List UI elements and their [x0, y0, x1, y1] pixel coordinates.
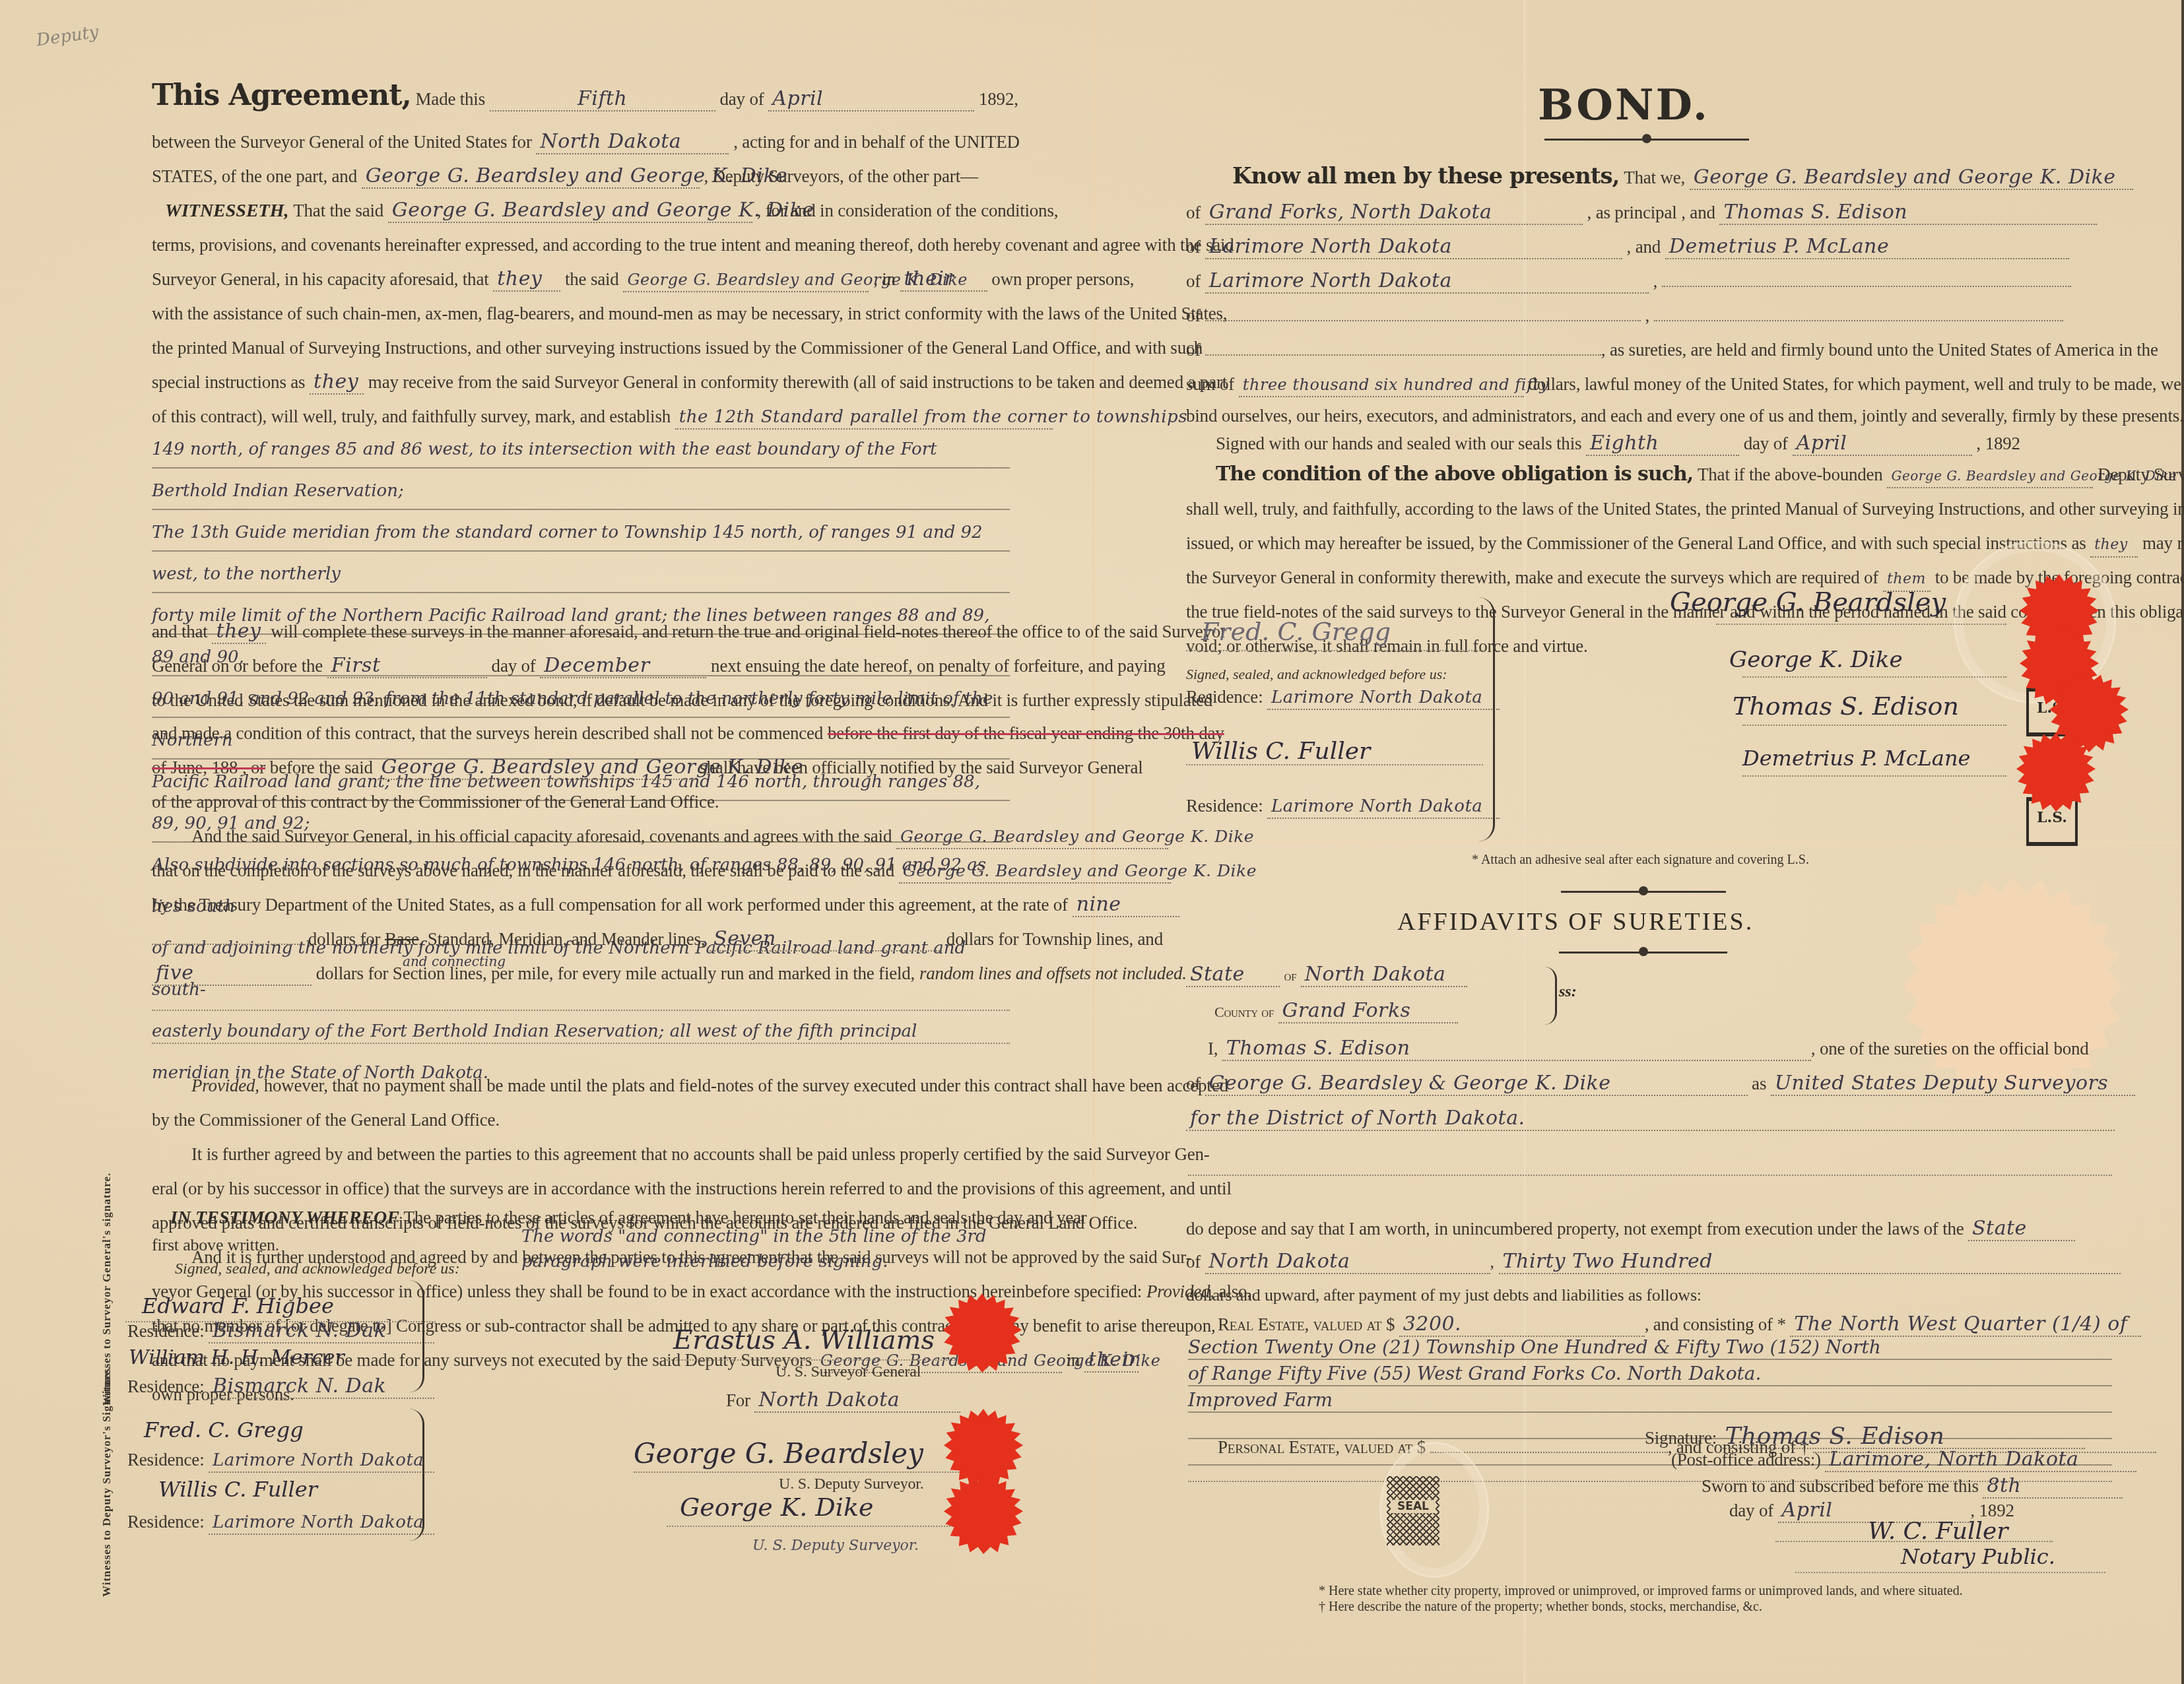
text: dollars, lawful money of the United Stat… [1529, 374, 2181, 394]
text: the Surveyor General in conformity there… [1186, 567, 1878, 587]
blank-rule [1188, 1175, 2112, 1176]
text: day of [492, 656, 536, 676]
residence-row: Residence: Bismarck N. Dak [127, 1320, 434, 1344]
residence-value: Larimore North Dakota [209, 1511, 434, 1535]
text: may receive from the said Surveyor Gener… [368, 372, 1227, 392]
brace [1544, 967, 1557, 1025]
text: day of [1729, 1501, 1773, 1520]
signature-line [1742, 725, 2006, 726]
venue-county-row: County of Grand Forks [1214, 1000, 1458, 1023]
agreement-line-2: between the Surveyor General of the Unit… [152, 131, 1010, 154]
county-label: County of [1214, 1004, 1274, 1020]
parties-field-6: George G. Beardsley and George K. Dike [899, 860, 1171, 884]
struck-text-2: of June, 188 , or [152, 758, 265, 777]
principal-residence-field: Grand Forks, North Dakota [1205, 201, 1583, 225]
bond-line-8: bind ourselves, our heirs, executors, an… [1186, 405, 2090, 427]
deputy-signature-1: George G. Beardsley [634, 1437, 923, 1470]
condition-heading: The condition of the above obligation is… [1216, 463, 1693, 486]
pay-line-2: that on the completion of the surveys ab… [152, 859, 1010, 884]
text: between the Surveyor General of the Unit… [152, 132, 532, 152]
agreement-line-6: Surveyor General, in his capacity afores… [152, 268, 1010, 292]
real-estate-desc-line: The North West Quarter (1/4) of [1790, 1313, 2141, 1337]
text: , for and in consideration of the condit… [757, 201, 1059, 220]
laws-of-field: State [1968, 1217, 2075, 1241]
text: , acting for and in behalf of the UNITED [733, 132, 1020, 152]
text: That if the above-bounden [1698, 465, 1883, 484]
agreement-line-10: of this contract), will well, truly, and… [152, 405, 1010, 430]
text: of [1186, 306, 1201, 325]
for-label: For [726, 1390, 750, 1410]
brace [409, 1280, 424, 1392]
text: issued, or which may hereafter be issued… [1186, 533, 2086, 553]
surety-1-field: Thomas S. Edison [1719, 201, 2097, 225]
residence-row: Residence: Larimore North Dakota [127, 1449, 434, 1473]
district-field: for the District of North Dakota. [1186, 1107, 2115, 1131]
rate-section-field: five [152, 962, 312, 986]
due-day-field: First [327, 655, 487, 678]
text: in [1067, 1350, 1080, 1370]
venue-state-field: North Dakota [1301, 963, 1467, 987]
survey-description-line: 149 north, of ranges 85 and 86 west, to … [152, 429, 1010, 512]
signature-line [1186, 650, 1483, 651]
agreement-line-3: STATES, of the one part, and George G. B… [152, 165, 1010, 189]
blank-rule [152, 1010, 1010, 1011]
deputy-title: U. S. Deputy Surveyor. [779, 1475, 924, 1493]
residence-label: Residence: [127, 1512, 204, 1532]
pay-line-5: five dollars for Section lines, per mile… [152, 962, 1010, 986]
residence-row: Residence: Bismarck N. Dak [127, 1375, 434, 1399]
laws-of-state-field: North Dakota [1205, 1250, 1490, 1274]
text: of [1186, 237, 1201, 257]
bond-witness-signature: Willis C. Fuller [1191, 738, 1370, 765]
their-field-2: their [1084, 1349, 1139, 1373]
parties-field-3: George G. Beardsley and George K. Dike [623, 269, 869, 292]
parties-field: George G. Beardsley and George K. Dike [362, 165, 700, 189]
bond-day-field: Eighth [1586, 432, 1739, 456]
bond-sum-field: three thousand six hundred and fifty [1239, 373, 1524, 397]
interline-note-line: The words "and connecting" in the 5th li… [521, 1224, 987, 1249]
bond-residence-row: Residence: Larimore North Dakota [1186, 795, 1500, 819]
bond-signed-line: Signed with our hands and sealed with ou… [1216, 432, 2090, 456]
blank-line [1205, 340, 1601, 356]
parties-field-4: George G. Beardsley and George K. Dike [378, 756, 696, 780]
blank-line [1654, 306, 2063, 321]
agreement-year: 1892, [979, 89, 1018, 109]
text: , and [1681, 203, 1715, 222]
bond-witness-signature: Fred. C. Gregg [1201, 617, 1391, 646]
bond-line-3: of Larimore North Dakota , and Demetrius… [1186, 236, 2090, 259]
signature-line [634, 1472, 964, 1473]
residence-value: Bismarck N. Dak [209, 1375, 434, 1399]
po-address-label: (Post-office address:) [1671, 1450, 1821, 1470]
due-month-field: December [540, 655, 706, 678]
condition-line-1: The condition of the above obligation is… [1216, 463, 2090, 488]
text: Provided, [191, 1076, 259, 1095]
text: , one of the sureties on the official bo… [1811, 1039, 2089, 1058]
text: of [1186, 203, 1201, 222]
affidavit-title: AFFIDAVITS OF SURETIES. [1397, 907, 1754, 936]
blank-rule [152, 1043, 1010, 1044]
bond-signatory: George K. Dike [1729, 647, 1903, 673]
pay-line-3: by the Treasury Department of the United… [152, 893, 1010, 917]
sworn-day-field: 8th [1983, 1475, 2123, 1499]
completion-line-1: and that they will complete these survey… [152, 620, 1010, 644]
they-field: they [2090, 534, 2138, 558]
text: may receive from [2142, 533, 2184, 553]
completion-line-6: of the approval of this contract by the … [152, 791, 1010, 813]
sworn-row: Sworn to and subscribed before me this 8… [1702, 1475, 2123, 1499]
seal-footnote: * Attach an adhesive seal after each sig… [1472, 853, 1809, 868]
text: And the said Surveyor General, in his of… [191, 826, 892, 846]
real-estate-label: Real Estate, valued at $ [1218, 1314, 1395, 1334]
text: Deputy Surveyors, [2098, 465, 2184, 484]
agreement-line-8: the printed Manual of Surveying Instruct… [152, 337, 1010, 359]
text: dollars for Section lines, per mile, for… [316, 963, 915, 983]
ornament-divider [1544, 139, 1749, 141]
residence-value: Larimore North Dakota [209, 1449, 434, 1473]
real-estate-desc-line: of Range Fifty Five (55) West Grand Fork… [1188, 1361, 2112, 1387]
made-this-label: Made this [416, 89, 485, 109]
worth-row: of North Dakota, Thirty Two Hundred [1186, 1250, 2121, 1274]
text: random lines and offsets not included. [919, 963, 1187, 983]
text: will complete these surveys in the manne… [271, 622, 1226, 641]
affiant-row: I, Thomas S. Edison, one of the sureties… [1208, 1037, 2089, 1061]
further-line-1: It is further agreed by and between the … [191, 1143, 1010, 1165]
affidavit-footnote-1: * Here state whether city property, impr… [1319, 1584, 1963, 1599]
blank-line [1662, 271, 2071, 287]
interline-note-line: paragraph were interlined before signing… [521, 1249, 987, 1274]
text: the said [565, 269, 619, 289]
text: and that [152, 622, 208, 641]
text: , as sureties, are held and firmly bound… [1601, 340, 2158, 360]
text: next ensuing the date hereof, on penalty… [711, 656, 1166, 676]
residence-value: Bismarck N. Dak [209, 1320, 434, 1344]
seal-label: SEAL [1391, 1500, 1436, 1513]
bond-month-field: April [1793, 432, 1972, 456]
agreement-line-1: This Agreement, Made this Fifth day of A… [152, 84, 1010, 112]
agreement-line-4: WITNESSETH, That the said George G. Bear… [165, 199, 1010, 223]
bond-line-6: of , as sureties, are held and firmly bo… [1186, 339, 2090, 361]
bond-line-4: of Larimore North Dakota , [1186, 270, 2090, 294]
deputy-signature-2: George K. Dike [680, 1493, 873, 1522]
personal-estate-label: Personal Estate, valued at $ [1218, 1437, 1426, 1457]
witnesseth-heading: WITNESSETH, [165, 201, 289, 221]
surveyor-general-signature: Erastus A. Williams [673, 1325, 935, 1355]
witness-group-label-ds: Witnesses to Deputy Surveyor's Signature… [100, 1452, 114, 1597]
text: of [1186, 340, 1201, 360]
signature-line [1795, 1572, 2105, 1573]
residence-label: Residence: [1186, 687, 1263, 707]
survey-description-line: the 12th Standard parallel from the corn… [675, 406, 1053, 430]
parties-field-2: George G. Beardsley and George K. Dike [388, 199, 752, 223]
for-state-row: For North Dakota [726, 1389, 960, 1413]
witness-signature: Fred. C. Gregg [144, 1417, 304, 1442]
text: do depose and say that I am worth, in un… [1186, 1219, 1964, 1239]
blank-line [152, 929, 304, 945]
agreement-title: This Agreement, [152, 79, 411, 112]
text: own proper persons, [991, 269, 1134, 289]
text: shall have been officially notified by t… [700, 758, 1142, 777]
text: Sworn to and subscribed before me this [1702, 1476, 1979, 1496]
po-address-field: Larimore, North Dakota [1825, 1448, 2136, 1472]
principals-field: George G. Beardsley and George K. Dike [1690, 166, 2133, 190]
po-address-row: (Post-office address:) Larimore, North D… [1671, 1448, 2136, 1472]
witness-signature: Edward F. Higbee [142, 1293, 334, 1318]
surety-1-residence-field: Larimore North Dakota [1205, 236, 1622, 259]
text: , and [1627, 237, 1661, 257]
personal-estate-value-field [1430, 1437, 1668, 1453]
deputy-title-2: U. S. Deputy Surveyor. [752, 1538, 919, 1554]
bond-signatory: Demetrius P. McLane [1742, 746, 1970, 771]
bond-title: BOND. [1538, 81, 1709, 130]
text: day of [1744, 434, 1788, 453]
condition-line-3: issued, or which may hereafter be issued… [1186, 532, 2090, 558]
text: that on the completion of the surveys ab… [152, 860, 894, 880]
signature-line [667, 1359, 970, 1361]
dollars-upward: dollars and upward, after payment of my … [1186, 1285, 1702, 1305]
interline-note: The words "and connecting" in the 5th li… [521, 1224, 987, 1274]
bond-of-row: of George G. Beardsley & George K. Dike … [1186, 1072, 2135, 1096]
text: special instructions as [152, 372, 305, 392]
signed-before-label: Signed, sealed, and acknowledged before … [175, 1260, 460, 1278]
signature-line [1186, 764, 1483, 765]
residence-label: Residence: [127, 1321, 204, 1341]
condition-line-4: the Surveyor General in conformity there… [1186, 566, 2090, 592]
text: , and consisting of * [1645, 1314, 1786, 1334]
agreement-line-5: terms, provisions, and covenants hereina… [152, 234, 1010, 256]
district-row: for the District of North Dakota. [1186, 1107, 2115, 1131]
text: That the said [293, 201, 383, 220]
text: of [1186, 271, 1201, 291]
text: Surveyor General, in his capacity afores… [152, 269, 489, 289]
text: , in [873, 269, 896, 289]
residence-value: Larimore North Dakota [1267, 686, 1500, 710]
pay-line-1: And the said Surveyor General, in his of… [191, 825, 1010, 849]
text: Signed with our hands and sealed with ou… [1216, 434, 1581, 453]
embossed-notary-seal [1904, 878, 2122, 1095]
text: , Standard, Meridian, and Meander lines, [419, 929, 706, 949]
agreement-line-7: with the assistance of such chain-men, a… [152, 302, 1010, 325]
i-label: I, [1208, 1039, 1218, 1058]
rate-township-field: Seven [710, 928, 942, 952]
bond-line-7: sum of three thousand six hundred and fi… [1186, 373, 2090, 397]
residence-label: Residence: [127, 1376, 204, 1396]
day-of-label: day of [719, 89, 764, 109]
residence-label: Residence: [127, 1450, 204, 1470]
completion-line-4: and made a condition of this contract, t… [152, 722, 1010, 744]
completion-line-5: of June, 188 , or before the said George… [152, 756, 1010, 780]
survey-description-line: easterly boundary of the Fort Berthold I… [152, 1011, 1010, 1052]
signature-line [667, 1526, 964, 1527]
surveyor-general-title: U. S. Surveyor General [776, 1363, 921, 1381]
affidavit-signature: Thomas S. Edison [1721, 1425, 2085, 1449]
text: That we, [1624, 168, 1685, 187]
capacity-field: United States Deputy Surveyors [1771, 1072, 2135, 1096]
parties-field-5: George G. Beardsley and George K. Dike [896, 826, 1168, 849]
condition-line-2: shall well, truly, and faithfully, accor… [1186, 498, 2090, 520]
real-estate-row: Real Estate, valued at $ 3200., and cons… [1218, 1313, 2141, 1337]
further-line-2: eral (or by his successor in office) tha… [152, 1177, 1010, 1200]
struck-text: before the first day of the fiscal year … [828, 723, 1224, 743]
bond-line-2: of Grand Forks, North Dakota , as princi… [1186, 201, 2090, 225]
brace [409, 1409, 424, 1541]
venue-county-field: Grand Forks [1278, 1000, 1458, 1023]
for-state-value: North Dakota [754, 1389, 960, 1413]
they-field-3: they [212, 620, 266, 644]
text: however, that no payment shall be made u… [264, 1076, 1228, 1095]
completion-line-2: General on or before the First day of De… [152, 655, 1010, 678]
surety-2-residence-field: Larimore North Dakota [1205, 270, 1649, 294]
they-field-2: they [310, 371, 364, 395]
surety-2-field: Demetrius P. McLane [1665, 236, 2069, 259]
text: sum of [1186, 374, 1234, 394]
signature-line [1716, 624, 2006, 625]
brace [1478, 597, 1495, 841]
bond-signatory: Thomas S. Edison [1733, 692, 1959, 721]
they-field: they [493, 268, 560, 292]
signature-line [1742, 676, 2006, 678]
agreement-state-field: North Dakota [536, 131, 729, 154]
condition-parties-field: George G. Beardsley and George K. Dike [1887, 465, 2093, 488]
real-estate-desc-line: Section Twenty One (21) Township One Hun… [1188, 1334, 2112, 1361]
of-label: of [1186, 1074, 1201, 1093]
bond-of-field: George G. Beardsley & George K. Dike [1205, 1072, 1748, 1096]
witness-signature: William H. H. Mercer [129, 1346, 345, 1369]
know-all-heading: Know all men by these presents, [1232, 163, 1619, 189]
text: , as principal [1587, 203, 1677, 222]
of-label: of [1186, 1252, 1201, 1272]
text: before the said [270, 758, 373, 777]
bond-residence-row: Residence: Larimore North Dakota [1186, 686, 1500, 710]
signature-line [1742, 775, 2006, 777]
agreement-line-9: special instructions as they may receive… [152, 371, 1010, 395]
residence-value: Larimore North Dakota [1267, 795, 1500, 819]
text: by the Treasury Department of the United… [152, 895, 1068, 915]
provided-line-2: by the Commissioner of the General Land … [152, 1109, 1010, 1131]
depose-row: do depose and say that I am worth, in un… [1186, 1217, 2075, 1241]
witness-signature: Willis C. Fuller [158, 1477, 317, 1502]
of-label: of [1284, 967, 1297, 984]
text: dollars for Township lines, and [946, 929, 1163, 949]
testimony-heading: IN TESTIMONY WHEREOF [170, 1208, 399, 1228]
signature-label: Signature: [1645, 1428, 1717, 1448]
ss-label: ss: [1559, 983, 1577, 1001]
text: , Deputy Surveyors, of the other part— [704, 166, 977, 186]
residence-row: Residence: Larimore North Dakota [127, 1511, 434, 1535]
as-label: as [1752, 1074, 1766, 1093]
state-prefix-field: State [1186, 963, 1280, 987]
page-edge [2181, 0, 2184, 1684]
venue-state-row: State of North Dakota [1186, 963, 1467, 987]
agreement-day-field: Fifth [490, 88, 715, 112]
seal-box: SEAL [1387, 1476, 1439, 1545]
blank-line [1205, 306, 1641, 321]
bond-line-5: of , [1186, 304, 2090, 327]
testimony-continued: first above written. [152, 1235, 279, 1255]
pay-line-4: dollars for Base, Standard, Meridian, an… [152, 928, 1010, 952]
text: of this contract), will well, truly, and… [152, 406, 671, 426]
bond-year: 1892 [1985, 434, 2020, 453]
their-field: their [900, 268, 987, 292]
signature-line [1775, 1541, 2053, 1542]
provided-line-1: Provided, however, that no payment shall… [191, 1074, 1010, 1097]
worth-amount-field: Thirty Two Hundred [1499, 1250, 2121, 1274]
ornament-divider [1559, 952, 1727, 954]
bond-signatory: George G. Beardsley [1670, 587, 1946, 618]
real-estate-value-field: 3200. [1399, 1313, 1645, 1337]
notary-title: Notary Public. [1901, 1544, 2055, 1569]
rate-base-field: nine [1073, 893, 1179, 917]
affiant-field: Thomas S. Edison [1222, 1037, 1811, 1061]
bond-signed-before: Signed, sealed, and acknowledged before … [1186, 663, 2090, 686]
agreement-month-field: April [768, 88, 974, 112]
struck-base: Base [385, 929, 419, 949]
text: STATES, of the one part, and [152, 166, 357, 186]
residence-label: Residence: [1186, 796, 1263, 816]
text: General on or before the [152, 656, 323, 676]
affidavit-footnote-2: † Here describe the nature of the proper… [1319, 1600, 1762, 1615]
real-estate-desc-line: Improved Farm [1188, 1387, 2112, 1413]
bond-line-1: Know all men by these presents, That we,… [1232, 165, 2090, 190]
survey-description-line: The 13th Guide meridian from the standar… [152, 512, 1010, 595]
text: and made a condition of this contract, t… [152, 723, 823, 743]
completion-line-3: to the United States the sum mentioned i… [152, 689, 1010, 711]
text: dollars for [308, 929, 381, 949]
affidavit-signature-row: Signature: Thomas S. Edison [1645, 1425, 2085, 1449]
ornament-divider [1561, 891, 1726, 893]
